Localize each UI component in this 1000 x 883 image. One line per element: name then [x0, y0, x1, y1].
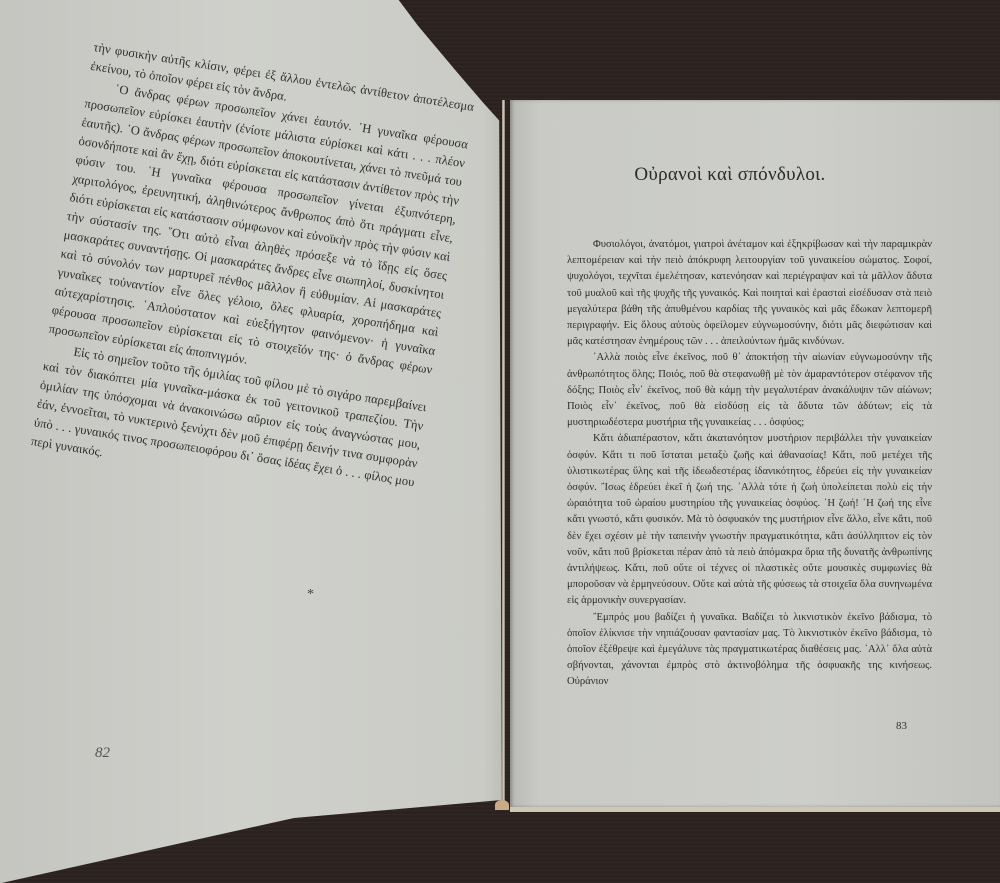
right-page-text: Φυσιολόγοι, ἀνατόμοι, γιατροὶ ἀνέταμον κ…	[567, 237, 932, 691]
right-paragraph: Κἄτι ἀδιαπέραστον, κἄτι ἀκατανόητον μυστ…	[567, 431, 932, 609]
right-page: Οὐρανοὶ καὶ σπόνδυλοι. Φυσιολόγοι, ἀνατό…	[510, 100, 1000, 812]
right-paragraph: ᾿Αλλὰ ποιὸς εἶνε ἐκεῖνος, ποῦ θ᾿ ἀποκτήσ…	[567, 350, 932, 431]
left-page: τὴν φυσικὴν αὐτῆς κλίσιν, φέρει ἐξ ἄλλου…	[0, 0, 510, 883]
chapter-title: Οὐρανοὶ καὶ σπόνδυλοι.	[510, 164, 950, 186]
right-paragraph: ῎Εμπρός μου βαδίζει ἡ γυναῖκα. Βαδίζει τ…	[567, 610, 932, 691]
right-page-number: 83	[896, 720, 907, 732]
book-gutter	[502, 100, 505, 805]
left-page-text: τὴν φυσικὴν αὐτῆς κλίσιν, φέρει ἐξ ἄλλου…	[30, 38, 476, 511]
section-ornament: *	[307, 587, 314, 603]
binding-thread	[495, 800, 509, 810]
right-paragraph: Φυσιολόγοι, ἀνατόμοι, γιατροὶ ἀνέταμον κ…	[567, 237, 932, 350]
left-page-number: 82	[95, 745, 110, 762]
